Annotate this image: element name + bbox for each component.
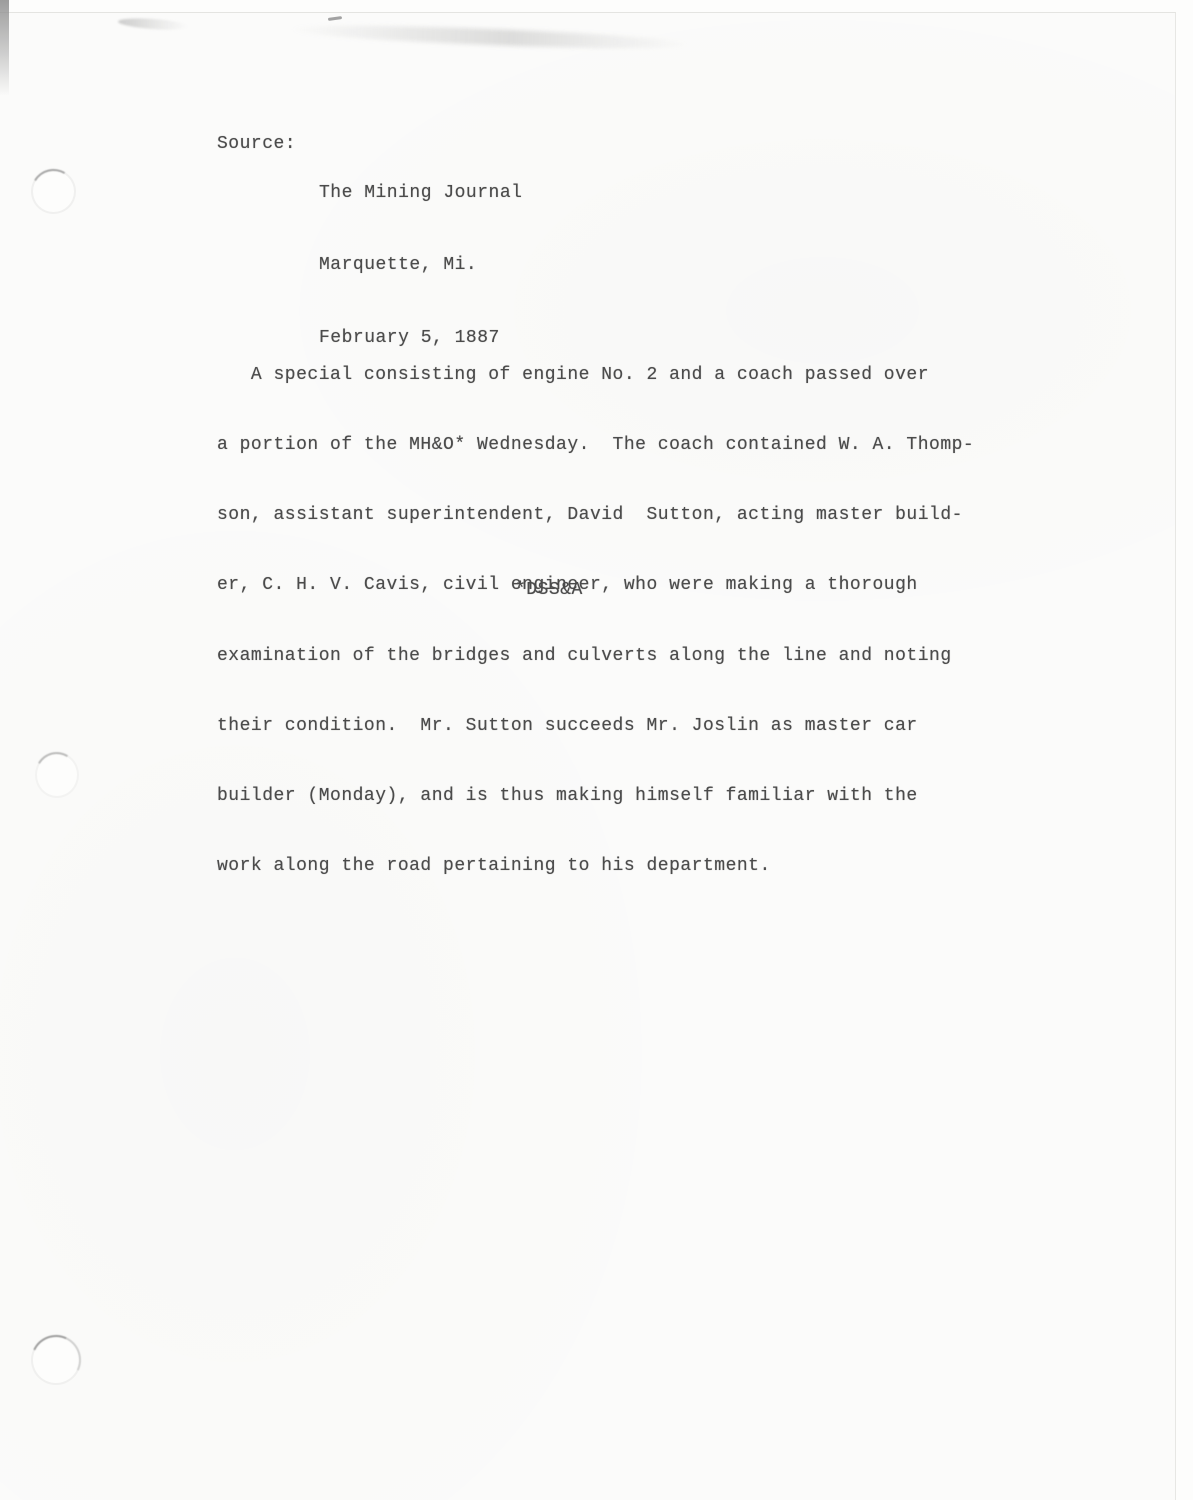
body-text-line: their condition. Mr. Sutton succeeds Mr.… [217, 715, 974, 738]
punch-hole-middle [35, 752, 79, 798]
scan-smudge [118, 17, 189, 32]
body-text-line: A special consisting of engine No. 2 and… [217, 364, 974, 387]
body-text-line: son, assistant superintendent, David Sut… [217, 504, 974, 527]
source-location: Marquette, Mi. [319, 253, 522, 277]
source-publication: The Mining Journal [319, 181, 522, 205]
body-text-line: er, C. H. V. Cavis, civil engineer, who … [217, 574, 974, 597]
source-label: Source: [217, 132, 296, 156]
scan-speck [328, 16, 342, 21]
body-text-line: work along the road pertaining to his de… [217, 855, 974, 878]
document-scan: Source: The Mining Journal Marquette, Mi… [0, 0, 1193, 1500]
scan-crease-mark [290, 21, 690, 52]
scan-edge-strip [0, 0, 9, 96]
body-text-line: builder (Monday), and is thus making him… [217, 785, 974, 808]
body-text-line: examination of the bridges and culverts … [217, 645, 974, 668]
punch-hole-bottom [31, 1335, 81, 1385]
article-paragraph: A special consisting of engine No. 2 and… [217, 317, 974, 926]
body-text-line: a portion of the MH&O* Wednesday. The co… [217, 434, 974, 457]
punch-hole-top [31, 169, 76, 214]
footnote-abbreviation: *DSS&A [515, 578, 583, 602]
